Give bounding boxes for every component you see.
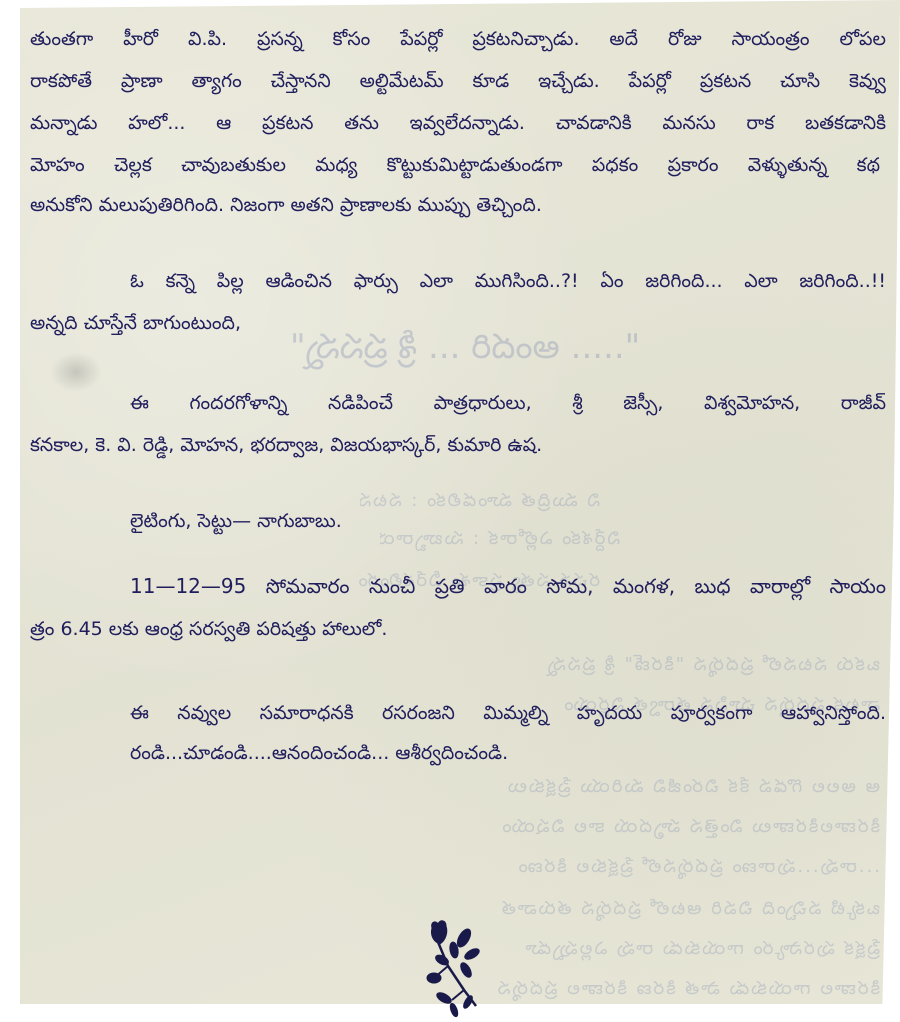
crew-line: లైటింగు, సెట్టు— నాగుబాబు. [130, 512, 342, 531]
invitation-line: ఈ నవ్వుల సమారాధనకి రసరంజని మిమ్మల్ని హృద… [130, 704, 886, 723]
teaser-line: ఓ కన్నె పిల్ల ఆడించిన ఫార్సు ఎలా ముగిసిం… [130, 272, 886, 291]
synopsis-line: మన్నాడు హలో... ఆ ప్రకటన తను ఇవ్వలేదన్నాడ… [30, 114, 886, 133]
synopsis-line: రాకపోతే ప్రాణా త్యాగం చేస్తానని అల్టిమేట… [30, 72, 886, 91]
synopsis-line: తుంతగా హీరో వి.పి. ప్రసన్న కోసం పేపర్లో … [30, 30, 886, 49]
cast-line: కనకాల, కె. వి. రెడ్డి, మోహన, భరద్వాజ, వి… [30, 436, 542, 455]
teaser-line: అన్నది చూస్తేనే బాగుంటుంది, [30, 314, 241, 333]
synopsis-line: అనుకోని మలుపుతిరిగింది. నిజంగా అతని ప్రా… [30, 196, 542, 215]
schedule-line: త్రం 6.45 లకు ఆంధ్ర సరస్వతి పరిషత్తు హాల… [30, 620, 387, 639]
rose-sprig-icon [424, 920, 496, 1020]
document-body: తుంతగా హీరో వి.పి. ప్రసన్న కోసం పేపర్లో … [0, 0, 900, 1022]
invitation-line: రండి...చూడండి....ఆనందించండి... ఆశీర్వదిం… [130, 744, 508, 763]
cast-line: ఈ గందరగోళాన్ని నడిపించే పాత్రధారులు, శ్ర… [130, 394, 886, 413]
schedule-line: 11—12—95 సోమవారం నుంచీ ప్రతి వారం సోమ, మ… [130, 576, 886, 596]
synopsis-line: మోహం చెల్లక చావుబతుకుల మధ్య కొట్టుకుమిట్… [30, 156, 880, 175]
